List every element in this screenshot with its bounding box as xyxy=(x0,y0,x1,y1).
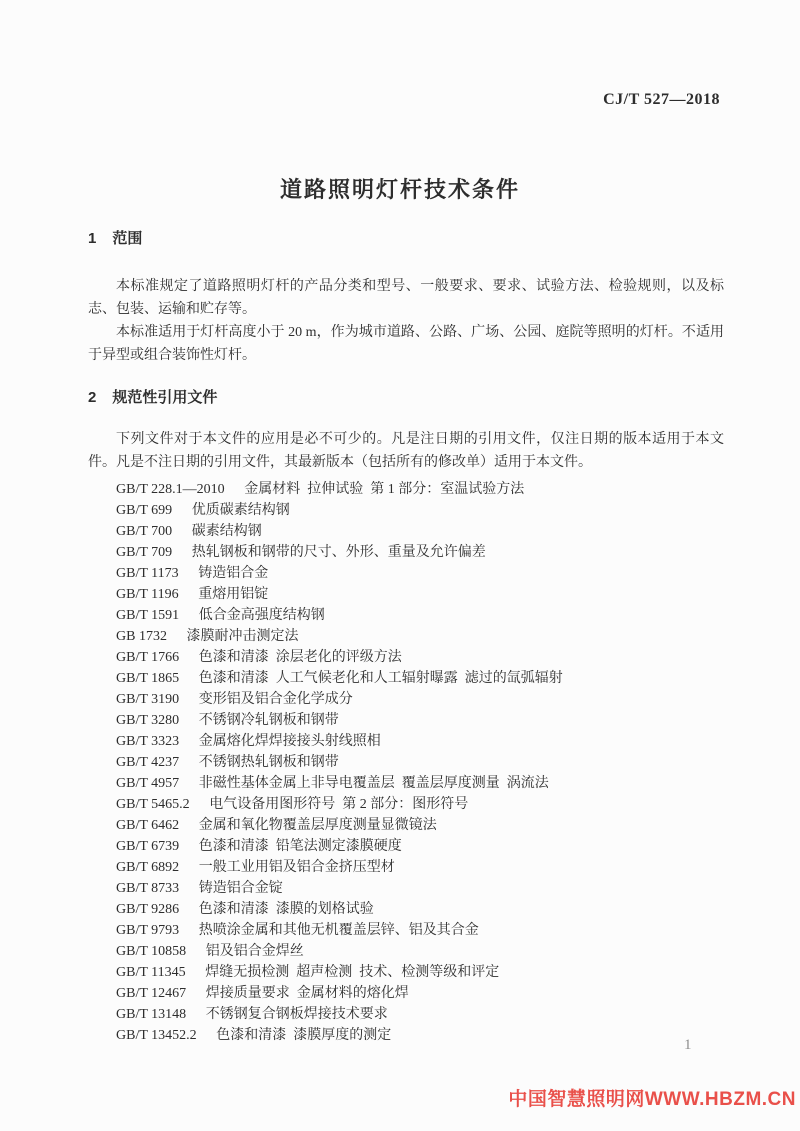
reference-item: GB/T 1173铸造铝合金 xyxy=(116,563,724,584)
reference-code: GB/T 4237 xyxy=(116,755,179,770)
reference-item: GB/T 1196重熔用铝锭 xyxy=(116,584,724,605)
reference-title: 电气设备用图形符号 第 2 部分：图形符号 xyxy=(209,797,468,812)
reference-item: GB 1732漆膜耐冲击测定法 xyxy=(116,626,724,647)
document-page: CJ/T 527—2018 道路照明灯杆技术条件 1范围 本标准规定了道路照明灯… xyxy=(0,0,800,1131)
reference-code: GB/T 6739 xyxy=(116,839,179,854)
reference-code: GB/T 6462 xyxy=(116,818,179,833)
reference-title: 铸造铝合金锭 xyxy=(199,881,283,896)
reference-code: GB/T 9793 xyxy=(116,923,179,938)
reference-item: GB/T 13148不锈钢复合钢板焊接技术要求 xyxy=(116,1004,724,1025)
reference-title: 热喷涂金属和其他无机覆盖层锌、铝及其合金 xyxy=(199,923,479,938)
reference-item: GB/T 3190变形铝及铝合金化学成分 xyxy=(116,689,724,710)
reference-title: 色漆和清漆 涂层老化的评级方法 xyxy=(199,650,402,665)
reference-item: GB/T 709热轧钢板和钢带的尺寸、外形、重量及允许偏差 xyxy=(116,542,724,563)
reference-code: GB/T 12467 xyxy=(116,986,186,1001)
reference-item: GB/T 228.1—2010金属材料 拉伸试验 第 1 部分：室温试验方法 xyxy=(116,479,724,500)
reference-item: GB/T 6462金属和氧化物覆盖层厚度测量显微镜法 xyxy=(116,815,724,836)
standard-code: CJ/T 527—2018 xyxy=(603,91,720,109)
reference-code: GB/T 1173 xyxy=(116,566,179,581)
reference-code: GB/T 700 xyxy=(116,524,172,539)
reference-item: GB/T 3280不锈钢冷轧钢板和钢带 xyxy=(116,710,724,731)
page-number: 1 xyxy=(684,1037,692,1054)
reference-title: 色漆和清漆 漆膜厚度的测定 xyxy=(216,1028,391,1043)
reference-item: GB/T 12467焊接质量要求 金属材料的熔化焊 xyxy=(116,983,724,1004)
page-title: 道路照明灯杆技术条件 xyxy=(0,173,800,204)
section-2-number: 2 xyxy=(88,389,96,406)
reference-title: 金属和氧化物覆盖层厚度测量显微镜法 xyxy=(199,818,437,833)
scope-paragraph-2: 本标准适用于灯杆高度小于 20 m，作为城市道路、公路、广场、公园、庭院等照明的… xyxy=(88,321,724,367)
reference-code: GB/T 8733 xyxy=(116,881,179,896)
reference-code: GB/T 4957 xyxy=(116,776,179,791)
section-2-heading: 2规范性引用文件 xyxy=(88,387,724,409)
reference-item: GB/T 11345焊缝无损检测 超声检测 技术、检测等级和评定 xyxy=(116,962,724,983)
reference-code: GB/T 3280 xyxy=(116,713,179,728)
reference-title: 变形铝及铝合金化学成分 xyxy=(199,692,353,707)
reference-title: 热轧钢板和钢带的尺寸、外形、重量及允许偏差 xyxy=(192,545,486,560)
reference-item: GB/T 6892一般工业用铝及铝合金挤压型材 xyxy=(116,857,724,878)
reference-title: 不锈钢复合钢板焊接技术要求 xyxy=(206,1007,388,1022)
reference-code: GB/T 709 xyxy=(116,545,172,560)
reference-title: 不锈钢冷轧钢板和钢带 xyxy=(199,713,339,728)
reference-code: GB/T 699 xyxy=(116,503,172,518)
reference-item: GB/T 9286色漆和清漆 漆膜的划格试验 xyxy=(116,899,724,920)
reference-code: GB/T 13452.2 xyxy=(116,1028,197,1043)
reference-item: GB/T 6739色漆和清漆 铅笔法测定漆膜硬度 xyxy=(116,836,724,857)
reference-title: 漆膜耐冲击测定法 xyxy=(187,629,299,644)
document-body: 1范围 本标准规定了道路照明灯杆的产品分类和型号、一般要求、要求、试验方法、检验… xyxy=(88,228,724,1046)
reference-title: 重熔用铝锭 xyxy=(198,587,268,602)
reference-code: GB/T 3190 xyxy=(116,692,179,707)
reference-item: GB/T 13452.2色漆和清漆 漆膜厚度的测定 xyxy=(116,1025,724,1046)
reference-title: 铸造铝合金 xyxy=(198,566,268,581)
section-1-title: 范围 xyxy=(112,230,142,247)
reference-title: 低合金高强度结构钢 xyxy=(199,608,325,623)
reference-title: 碳素结构钢 xyxy=(192,524,262,539)
section-1-number: 1 xyxy=(88,230,96,247)
reference-title: 一般工业用铝及铝合金挤压型材 xyxy=(199,860,395,875)
reference-title: 铝及铝合金焊丝 xyxy=(206,944,304,959)
reference-code: GB 1732 xyxy=(116,629,167,644)
reference-code: GB/T 228.1—2010 xyxy=(116,482,225,497)
reference-title: 焊接质量要求 金属材料的熔化焊 xyxy=(206,986,409,1001)
reference-title: 不锈钢热轧钢板和钢带 xyxy=(199,755,339,770)
reference-code: GB/T 13148 xyxy=(116,1007,186,1022)
reference-item: GB/T 1865色漆和清漆 人工气候老化和人工辐射曝露 滤过的氙弧辐射 xyxy=(116,668,724,689)
scope-paragraph-1: 本标准规定了道路照明灯杆的产品分类和型号、一般要求、要求、试验方法、检验规则，以… xyxy=(88,275,724,321)
reference-code: GB/T 9286 xyxy=(116,902,179,917)
references-intro-paragraph: 下列文件对于本文件的应用是必不可少的。凡是注日期的引用文件，仅注日期的版本适用于… xyxy=(88,428,724,474)
reference-code: GB/T 11345 xyxy=(116,965,186,980)
reference-item: GB/T 699优质碳素结构钢 xyxy=(116,500,724,521)
reference-title: 非磁性基体金属上非导电覆盖层 覆盖层厚度测量 涡流法 xyxy=(199,776,549,791)
reference-title: 金属熔化焊焊接接头射线照相 xyxy=(199,734,381,749)
section-1-heading: 1范围 xyxy=(88,228,724,250)
reference-title: 焊缝无损检测 超声检测 技术、检测等级和评定 xyxy=(205,965,499,980)
reference-item: GB/T 5465.2电气设备用图形符号 第 2 部分：图形符号 xyxy=(116,794,724,815)
reference-list: GB/T 228.1—2010金属材料 拉伸试验 第 1 部分：室温试验方法GB… xyxy=(88,479,724,1046)
reference-item: GB/T 8733铸造铝合金锭 xyxy=(116,878,724,899)
reference-code: GB/T 6892 xyxy=(116,860,179,875)
reference-item: GB/T 4957非磁性基体金属上非导电覆盖层 覆盖层厚度测量 涡流法 xyxy=(116,773,724,794)
section-2-title: 规范性引用文件 xyxy=(112,389,217,406)
reference-code: GB/T 10858 xyxy=(116,944,186,959)
reference-item: GB/T 10858铝及铝合金焊丝 xyxy=(116,941,724,962)
reference-title: 色漆和清漆 漆膜的划格试验 xyxy=(199,902,374,917)
reference-code: GB/T 3323 xyxy=(116,734,179,749)
reference-code: GB/T 1196 xyxy=(116,587,179,602)
reference-code: GB/T 5465.2 xyxy=(116,797,190,812)
reference-item: GB/T 1591低合金高强度结构钢 xyxy=(116,605,724,626)
reference-title: 色漆和清漆 人工气候老化和人工辐射曝露 滤过的氙弧辐射 xyxy=(199,671,563,686)
reference-item: GB/T 3323金属熔化焊焊接接头射线照相 xyxy=(116,731,724,752)
reference-title: 优质碳素结构钢 xyxy=(192,503,290,518)
reference-code: GB/T 1591 xyxy=(116,608,179,623)
reference-code: GB/T 1865 xyxy=(116,671,179,686)
reference-code: GB/T 1766 xyxy=(116,650,179,665)
reference-item: GB/T 4237不锈钢热轧钢板和钢带 xyxy=(116,752,724,773)
reference-title: 色漆和清漆 铅笔法测定漆膜硬度 xyxy=(199,839,402,854)
reference-item: GB/T 700碳素结构钢 xyxy=(116,521,724,542)
watermark: 中国智慧照明网WWW.HBZM.CN xyxy=(508,1084,796,1111)
reference-title: 金属材料 拉伸试验 第 1 部分：室温试验方法 xyxy=(244,482,524,497)
reference-item: GB/T 9793热喷涂金属和其他无机覆盖层锌、铝及其合金 xyxy=(116,920,724,941)
reference-item: GB/T 1766色漆和清漆 涂层老化的评级方法 xyxy=(116,647,724,668)
